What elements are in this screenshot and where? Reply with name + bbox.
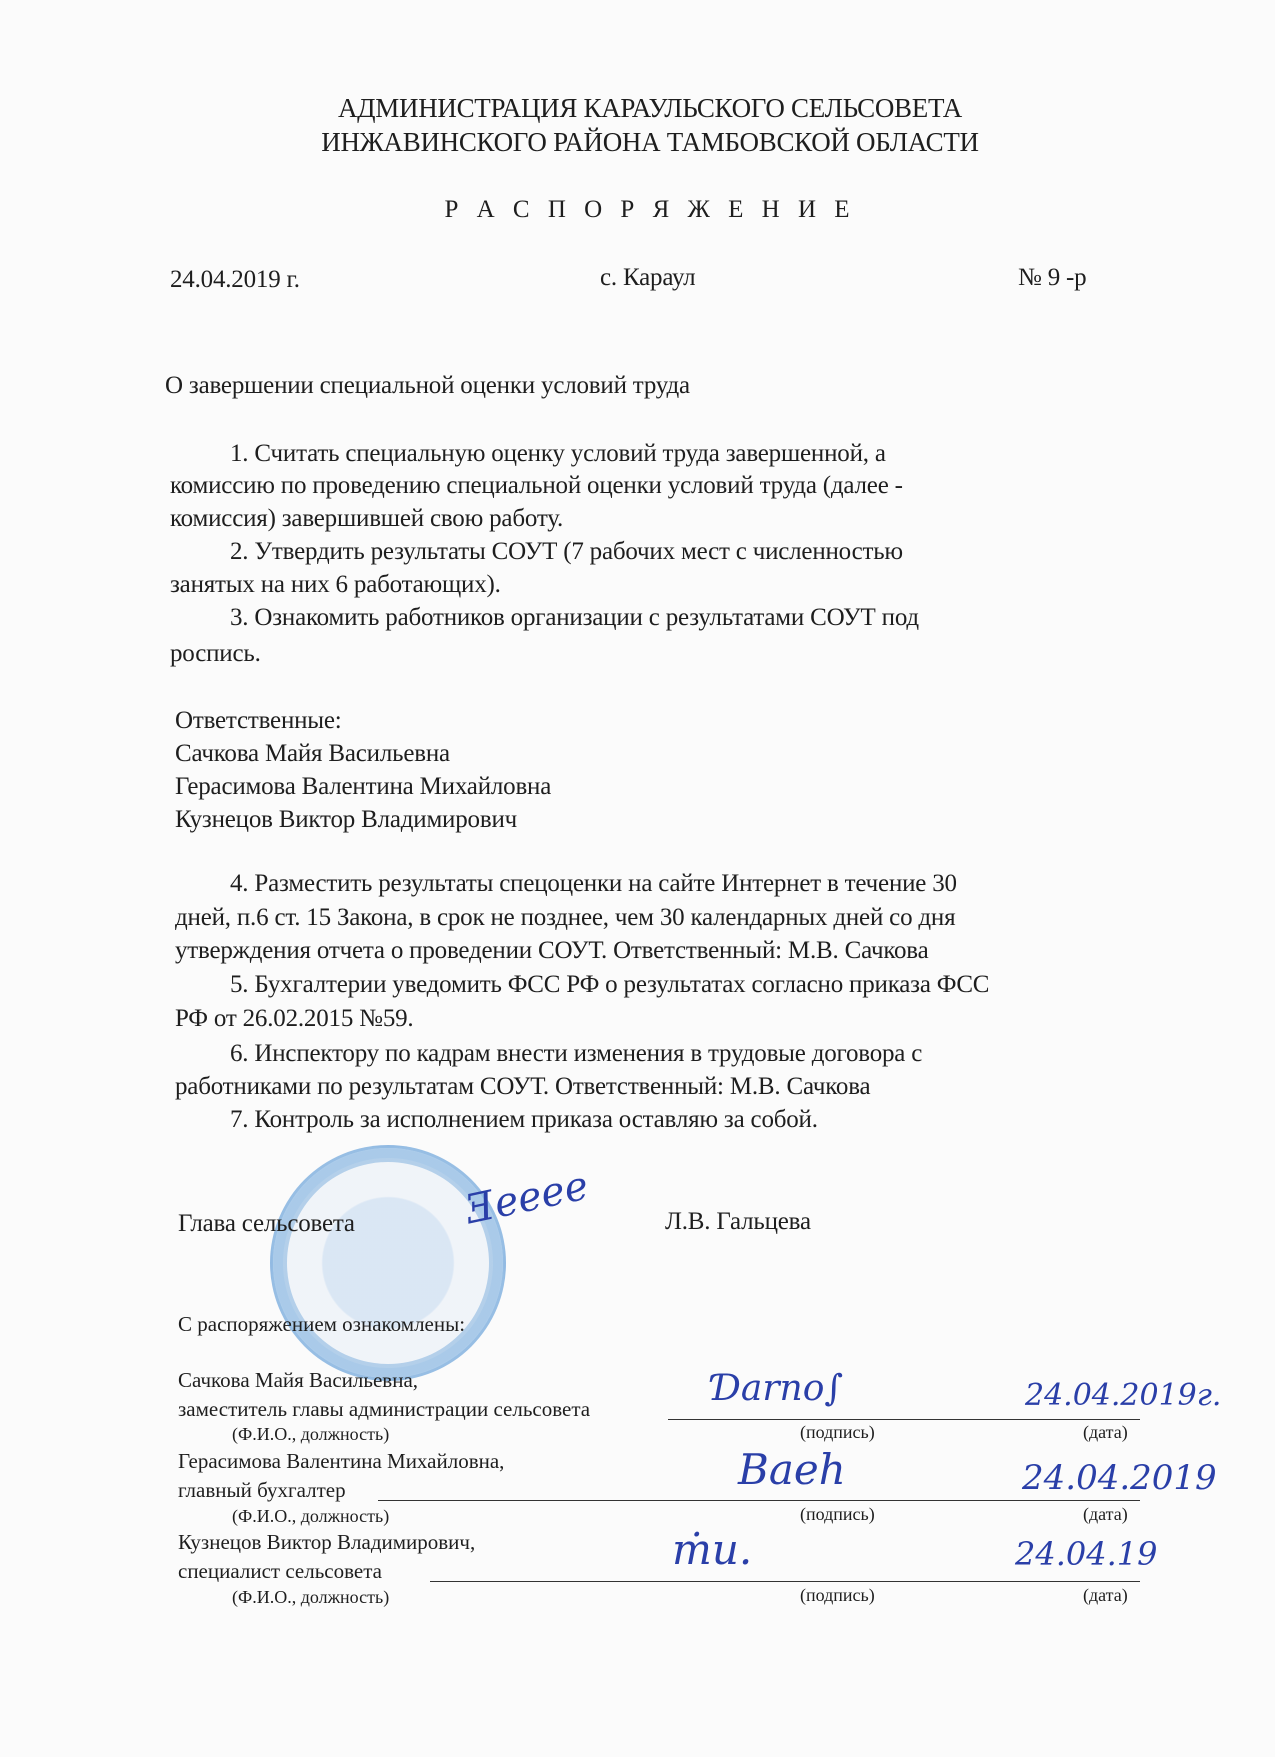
caption-fio: (Ф.И.О., должность) bbox=[232, 1424, 389, 1445]
ack-date: 24.04.2019 bbox=[1022, 1458, 1217, 1498]
item-2-line: 2. Утвердить результаты СОУТ (7 рабочих … bbox=[230, 538, 903, 566]
ack-person-name: Кузнецов Виктор Владимирович, bbox=[178, 1530, 475, 1555]
ack-date: 24.04.2019г. bbox=[1025, 1378, 1221, 1413]
item-7-line: 7. Контроль за исполнением приказа остав… bbox=[230, 1106, 818, 1134]
signature-line bbox=[378, 1500, 1140, 1501]
ack-person-role: заместитель главы администрации сельсове… bbox=[178, 1397, 590, 1422]
item-3-line: роспись. bbox=[170, 640, 261, 668]
document-place: с. Караул bbox=[600, 264, 695, 292]
responsible-name: Кузнецов Виктор Владимирович bbox=[175, 806, 517, 834]
item-5-line: РФ от 26.02.2015 №59. bbox=[175, 1005, 413, 1033]
ack-signature: Baeh bbox=[738, 1445, 846, 1494]
signature-line bbox=[430, 1581, 1140, 1582]
document-number: № 9 -р bbox=[1018, 264, 1086, 292]
signatory-position: Глава сельсовета bbox=[178, 1210, 355, 1238]
item-6-line: работниками по результатам СОУТ. Ответст… bbox=[175, 1073, 870, 1101]
ack-date: 24.04.19 bbox=[1015, 1535, 1158, 1573]
official-seal-stamp bbox=[270, 1145, 506, 1381]
signature-line bbox=[668, 1419, 1140, 1420]
responsible-label: Ответственные: bbox=[175, 707, 342, 735]
org-name-line2: ИНЖАВИНСКОГО РАЙОНА ТАМБОВСКОЙ ОБЛАСТИ bbox=[0, 127, 1275, 158]
responsible-name: Герасимова Валентина Михайловна bbox=[175, 773, 551, 801]
ack-signature: ṁu. bbox=[672, 1525, 752, 1574]
document-date: 24.04.2019 г. bbox=[170, 266, 300, 294]
caption-date: (дата) bbox=[1083, 1504, 1128, 1525]
ack-person-role: специалист сельсовета bbox=[178, 1559, 382, 1584]
caption-date: (дата) bbox=[1083, 1585, 1128, 1606]
ack-person-role: главный бухгалтер bbox=[178, 1478, 346, 1503]
org-name-line1: АДМИНИСТРАЦИЯ КАРАУЛЬСКОГО СЕЛЬСОВЕТА bbox=[0, 93, 1275, 124]
item-3-line: 3. Ознакомить работников организации с р… bbox=[230, 604, 919, 632]
item-1-line: 1. Считать специальную оценку условий тр… bbox=[230, 440, 886, 468]
ack-person-name: Сачкова Майя Васильевна, bbox=[178, 1368, 418, 1393]
item-1-line: комиссия) завершившей свою работу. bbox=[170, 505, 563, 533]
responsible-name: Сачкова Майя Васильевна bbox=[175, 740, 450, 768]
item-6-line: 6. Инспектору по кадрам внести изменения… bbox=[230, 1040, 922, 1068]
item-5-line: 5. Бухгалтерии уведомить ФСС РФ о резуль… bbox=[230, 971, 989, 999]
caption-signature: (подпись) bbox=[800, 1504, 875, 1525]
signatory-name: Л.В. Гальцева bbox=[665, 1208, 811, 1236]
item-2-line: занятых на них 6 работающих). bbox=[170, 571, 501, 599]
ack-signature: Ɗarno∫ bbox=[712, 1368, 843, 1409]
item-4-line: 4. Разместить результаты спецоценки на с… bbox=[230, 870, 957, 898]
caption-fio: (Ф.И.О., должность) bbox=[232, 1587, 389, 1608]
caption-fio: (Ф.И.О., должность) bbox=[232, 1506, 389, 1527]
acknowledgment-label: С распоряжением ознакомлены: bbox=[178, 1312, 465, 1337]
item-1-line: комиссию по проведению специальной оценк… bbox=[170, 472, 903, 500]
head-signature: Ǝeeee bbox=[462, 1163, 593, 1234]
item-4-line: дней, п.6 ст. 15 Закона, в срок не поздн… bbox=[175, 904, 955, 932]
document-subject: О завершении специальной оценки условий … bbox=[165, 372, 690, 400]
item-4-line: утверждения отчета о проведении СОУТ. От… bbox=[175, 937, 928, 965]
caption-signature: (подпись) bbox=[800, 1422, 875, 1443]
document-type-title: Р А С П О Р Я Ж Е Н И Е bbox=[0, 196, 1275, 224]
caption-date: (дата) bbox=[1083, 1422, 1128, 1443]
caption-signature: (подпись) bbox=[800, 1585, 875, 1606]
ack-person-name: Герасимова Валентина Михайловна, bbox=[178, 1449, 504, 1474]
